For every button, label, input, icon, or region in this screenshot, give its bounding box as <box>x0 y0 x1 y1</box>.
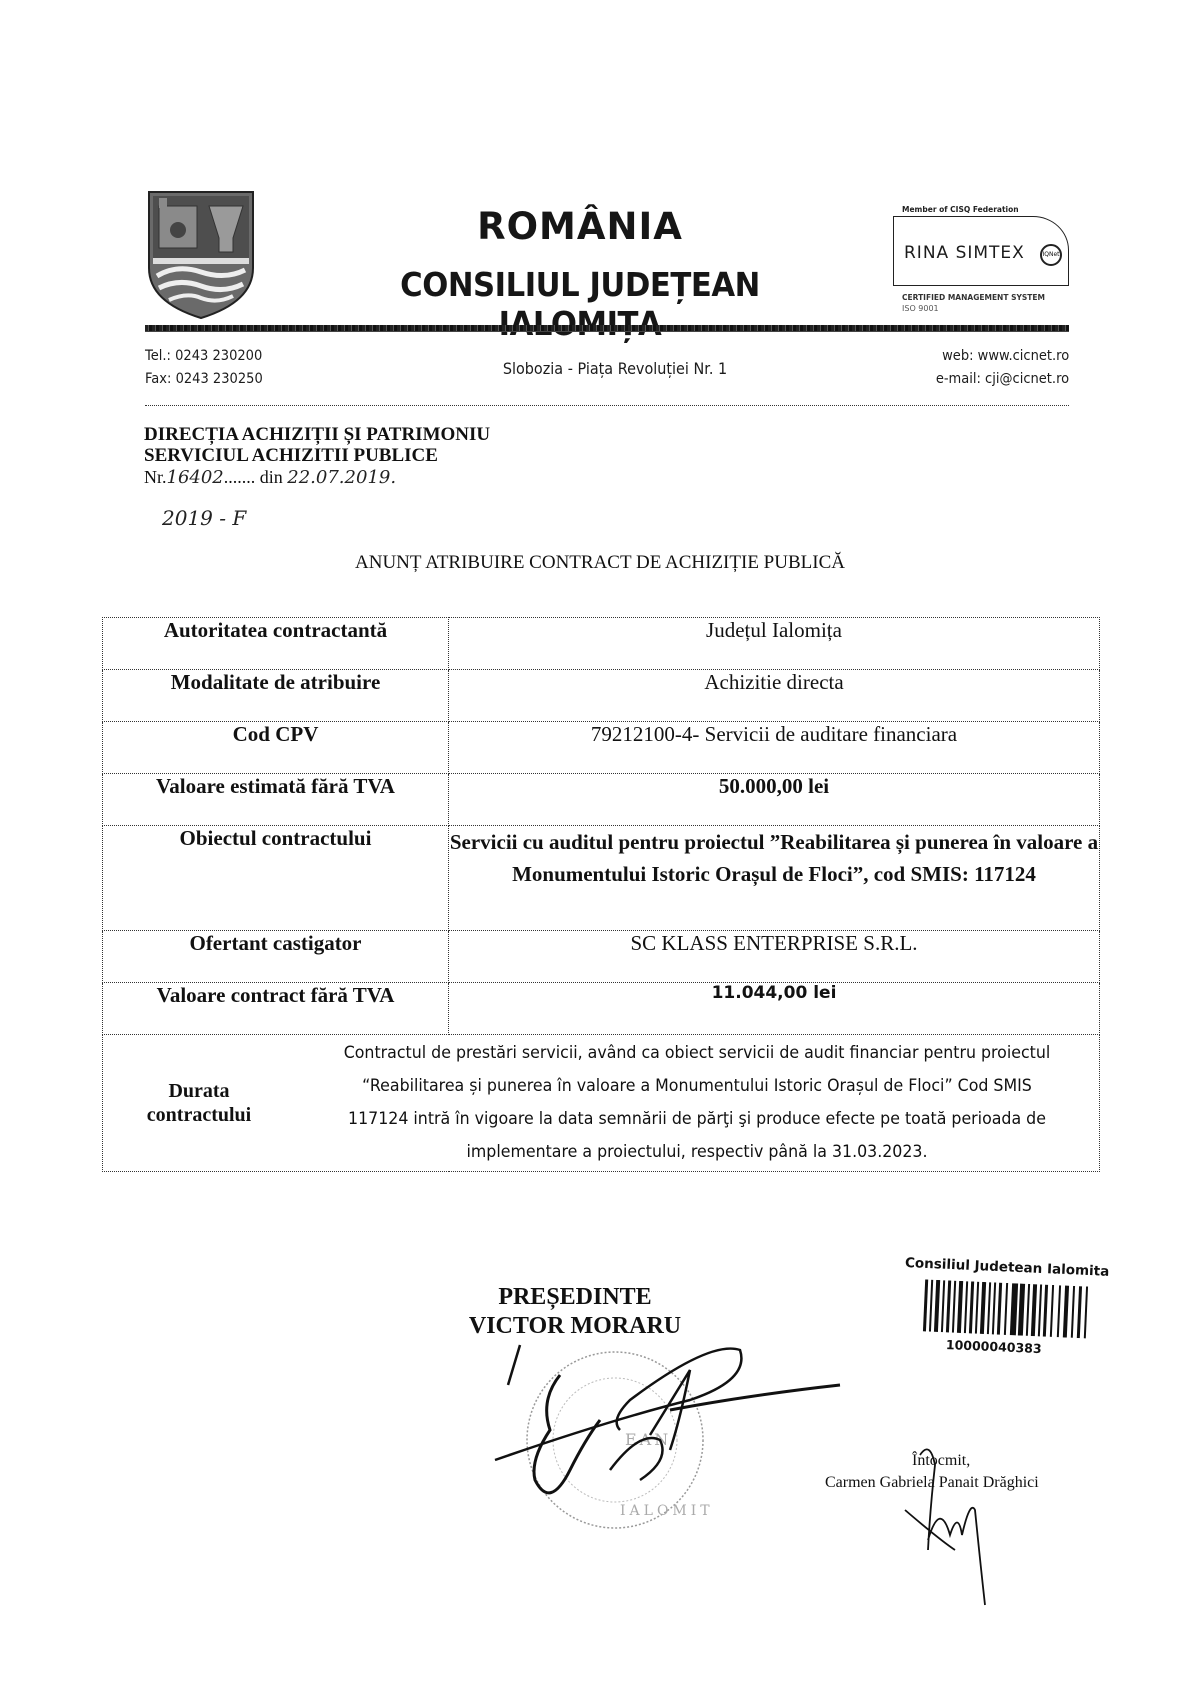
registration-date-suffix: . <box>390 467 396 488</box>
registration-dots: ....... <box>224 467 256 487</box>
phone-number: Tel.: 0243 230200 <box>145 348 262 364</box>
coat-of-arms-logo <box>147 190 255 320</box>
row-label: Modalitate de atribuire <box>103 670 449 722</box>
row-label: Obiectul contractului <box>103 826 449 931</box>
header-divider <box>145 325 1069 332</box>
contact-divider <box>145 405 1069 406</box>
row-value: Servicii cu auditul pentru proiectul ”Re… <box>449 826 1100 931</box>
row-value: 50.000,00 lei <box>449 774 1100 826</box>
table-row-duration: Durata contractului Contractul de prestă… <box>103 1035 1100 1172</box>
service-name: SERVICIUL ACHIZITII PUBLICE <box>144 445 438 467</box>
president-signature-icon <box>490 1340 850 1520</box>
duration-inner-table: Durata contractului Contractul de prestă… <box>103 1035 1099 1171</box>
row-value: Județul Ialomița <box>449 618 1100 670</box>
table-row: Modalitate de atribuire Achizitie direct… <box>103 670 1100 722</box>
document-title: ANUNȚ ATRIBUIRE CONTRACT DE ACHIZIȚIE PU… <box>300 552 900 574</box>
table-row: Autoritatea contractantă Județul Ialomiț… <box>103 618 1100 670</box>
certification-seal-icon: IQNet <box>1040 244 1062 266</box>
row-value: SC KLASS ENTERPRISE S.R.L. <box>449 931 1100 983</box>
row-value: 79212100-4- Servicii de auditare financi… <box>449 722 1100 774</box>
table-row: Obiectul contractului Servicii cu auditu… <box>103 826 1100 931</box>
table-row: Valoare contract fără TVA 11.044,00 lei <box>103 983 1100 1035</box>
president-title: PREȘEDINTE <box>440 1283 710 1312</box>
row-label: Valoare contract fără TVA <box>103 983 449 1035</box>
duration-label: Durata contractului <box>103 1035 295 1171</box>
registration-nr-label: Nr. <box>144 467 167 487</box>
table-row: Valoare estimată fără TVA 50.000,00 lei <box>103 774 1100 826</box>
cisq-member-text: Member of CISQ Federation <box>902 205 1019 214</box>
registry-stamp-caption: Consiliul Judetean Ialomita <box>905 1255 1110 1280</box>
duration-label-line2: contractului <box>147 1104 251 1126</box>
row-label: Valoare estimată fără TVA <box>103 774 449 826</box>
barcode-icon <box>921 1279 1093 1338</box>
president-name: VICTOR MORARU <box>440 1312 710 1341</box>
row-value: 11.044,00 lei <box>449 983 1100 1035</box>
country-heading: ROMÂNIA <box>300 205 860 248</box>
president-block: PREȘEDINTE VICTOR MORARU <box>440 1283 710 1341</box>
row-value: Achizitie directa <box>449 670 1100 722</box>
duration-label-line1: Durata <box>168 1080 229 1102</box>
certification-standard: ISO 9001 <box>902 304 939 313</box>
registration-line: Nr.16402....... din 22.07.2019. <box>144 467 396 488</box>
handwritten-note: 2019 - F <box>162 506 246 530</box>
certification-brand: RINA SIMTEX <box>904 243 1025 263</box>
postal-address: Slobozia - Piața Revoluției Nr. 1 <box>404 359 827 378</box>
registration-date: 22.07.2019 <box>287 467 390 488</box>
website-link[interactable]: web: www.cicnet.ro <box>942 348 1069 364</box>
email-link[interactable]: e-mail: cji@cicnet.ro <box>936 371 1069 387</box>
row-label: Ofertant castigator <box>103 931 449 983</box>
registration-date-label: din <box>260 467 283 487</box>
registration-number: 16402 <box>167 467 224 488</box>
fax-number: Fax: 0243 230250 <box>145 371 263 387</box>
table-row: Ofertant castigator SC KLASS ENTERPRISE … <box>103 931 1100 983</box>
row-label: Autoritatea contractantă <box>103 618 449 670</box>
duration-value: Contractul de prestări servicii, având c… <box>323 1035 1071 1171</box>
preparer-signature-icon <box>900 1440 1010 1620</box>
contract-award-table: Autoritatea contractantă Județul Ialomiț… <box>102 617 1100 1172</box>
table-row: Cod CPV 79212100-4- Servicii de auditare… <box>103 722 1100 774</box>
row-label: Cod CPV <box>103 722 449 774</box>
certification-system-text: CERTIFIED MANAGEMENT SYSTEM <box>902 293 1045 302</box>
directorate-name: DIRECȚIA ACHIZIȚII ȘI PATRIMONIU <box>144 424 490 446</box>
barcode-number: 10000040383 <box>946 1337 1042 1356</box>
